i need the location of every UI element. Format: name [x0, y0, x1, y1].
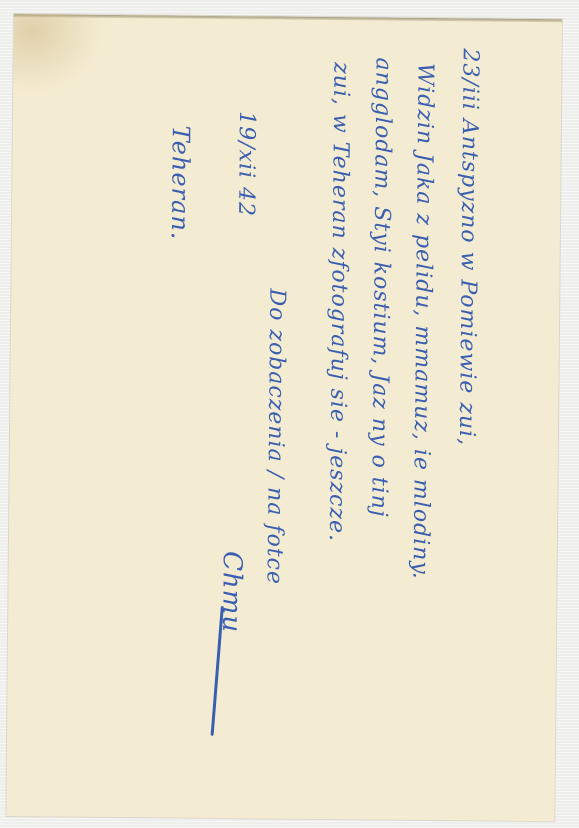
closing-line: Do zobaczenia / na fotce	[263, 288, 288, 585]
text-line-1: 23/iii Antspyzno w Pomiewie zui,	[455, 48, 481, 446]
text-line-4: zui, w Teheran zfotografuj sie - jeszcze…	[325, 62, 352, 542]
postcard: 23/iii Antspyzno w Pomiewie zui, Widzin …	[6, 14, 562, 821]
place-left: Teheran.	[168, 125, 193, 240]
text-line-3: angglodam, Styi kostium, Jaz ny o tinj	[367, 57, 393, 517]
date-left: 19/xii 42	[234, 111, 257, 217]
text-line-2: Widzin Jaka z pelidu, mmamuz, ie mlodiny…	[409, 63, 436, 580]
